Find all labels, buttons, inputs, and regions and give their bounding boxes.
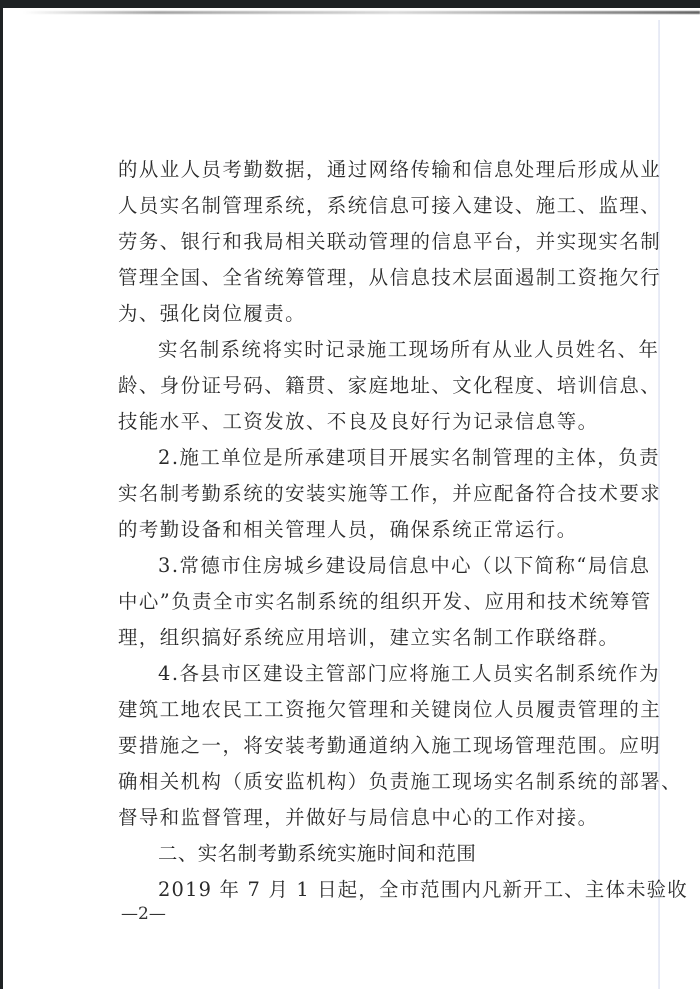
text-line: 劳务、银行和我局相关联动管理的信息平台，并实现实名制 bbox=[118, 224, 604, 260]
text-line: 确相关机构（质安监机构）负责施工现场实名制系统的部署、 bbox=[118, 764, 604, 800]
text-line: 理，组织搞好系统应用培训，建立实名制工作联络群。 bbox=[118, 620, 604, 656]
paragraph-recorded-info: 实名制系统将实时记录施工现场所有从业人员姓名、年 龄、身份证号码、籍贯、家庭地址… bbox=[118, 332, 604, 440]
scan-edge-shadow bbox=[23, 11, 700, 14]
text-line: 龄、身份证号码、籍贯、家庭地址、文化程度、培训信息、 bbox=[118, 368, 604, 404]
text-line: 2019 年 7 月 1 日起，全市范围内凡新开工、主体未验收 bbox=[118, 872, 604, 908]
text-line: 实名制系统将实时记录施工现场所有从业人员姓名、年 bbox=[118, 332, 604, 368]
paragraph-item-2-construction-unit: 2.施工单位是所承建项目开展实名制管理的主体，负责 实名制考勤系统的安装实施等工… bbox=[118, 440, 604, 548]
text-line: 4.各县市区建设主管部门应将施工人员实名制系统作为 bbox=[118, 656, 604, 692]
paragraph-continued-system-description: 的从业人员考勤数据，通过网络传输和信息处理后形成从业 人员实名制管理系统，系统信… bbox=[118, 152, 604, 332]
text-line: 督导和监督管理，并做好与局信息中心的工作对接。 bbox=[118, 800, 604, 836]
paragraph-implementation-date: 2019 年 7 月 1 日起，全市范围内凡新开工、主体未验收 bbox=[118, 872, 604, 908]
text-line: 3.常德市住房城乡建设局信息中心（以下简称“局信息 bbox=[118, 548, 604, 584]
text-line: 管理全国、全省统筹管理，从信息技术层面遏制工资拖欠行 bbox=[118, 260, 604, 296]
text-line: 要措施之一，将安装考勤通道纳入施工现场管理范围。应明 bbox=[118, 728, 604, 764]
document-body: 的从业人员考勤数据，通过网络传输和信息处理后形成从业 人员实名制管理系统，系统信… bbox=[118, 152, 604, 908]
text-line: 的考勤设备和相关管理人员，确保系统正常运行。 bbox=[118, 512, 604, 548]
text-line: 建筑工地农民工工资拖欠管理和关键岗位人员履责管理的主 bbox=[118, 692, 604, 728]
section-heading: 二、实名制考勤系统实施时间和范围 bbox=[118, 836, 604, 872]
paragraph-item-3-info-center: 3.常德市住房城乡建设局信息中心（以下简称“局信息 中心”负责全市实名制系统的组… bbox=[118, 548, 604, 656]
text-line: 为、强化岗位履责。 bbox=[118, 296, 604, 332]
text-line: 2.施工单位是所承建项目开展实名制管理的主体，负责 bbox=[118, 440, 604, 476]
text-line: 中心”负责全市实名制系统的组织开发、应用和技术统筹管 bbox=[118, 584, 604, 620]
text-line: 的从业人员考勤数据，通过网络传输和信息处理后形成从业 bbox=[118, 152, 604, 188]
text-line: 人员实名制管理系统，系统信息可接入建设、施工、监理、 bbox=[118, 188, 604, 224]
paragraph-item-4-county-departments: 4.各县市区建设主管部门应将施工人员实名制系统作为 建筑工地农民工工资拖欠管理和… bbox=[118, 656, 604, 836]
page-number: —2— bbox=[121, 904, 166, 924]
scanned-document-page: 的从业人员考勤数据，通过网络传输和信息处理后形成从业 人员实名制管理系统，系统信… bbox=[3, 8, 700, 989]
text-line: 实名制考勤系统的安装实施等工作，并应配备符合技术要求 bbox=[118, 476, 604, 512]
text-line: 技能水平、工资发放、不良及良好行为记录信息等。 bbox=[118, 404, 604, 440]
